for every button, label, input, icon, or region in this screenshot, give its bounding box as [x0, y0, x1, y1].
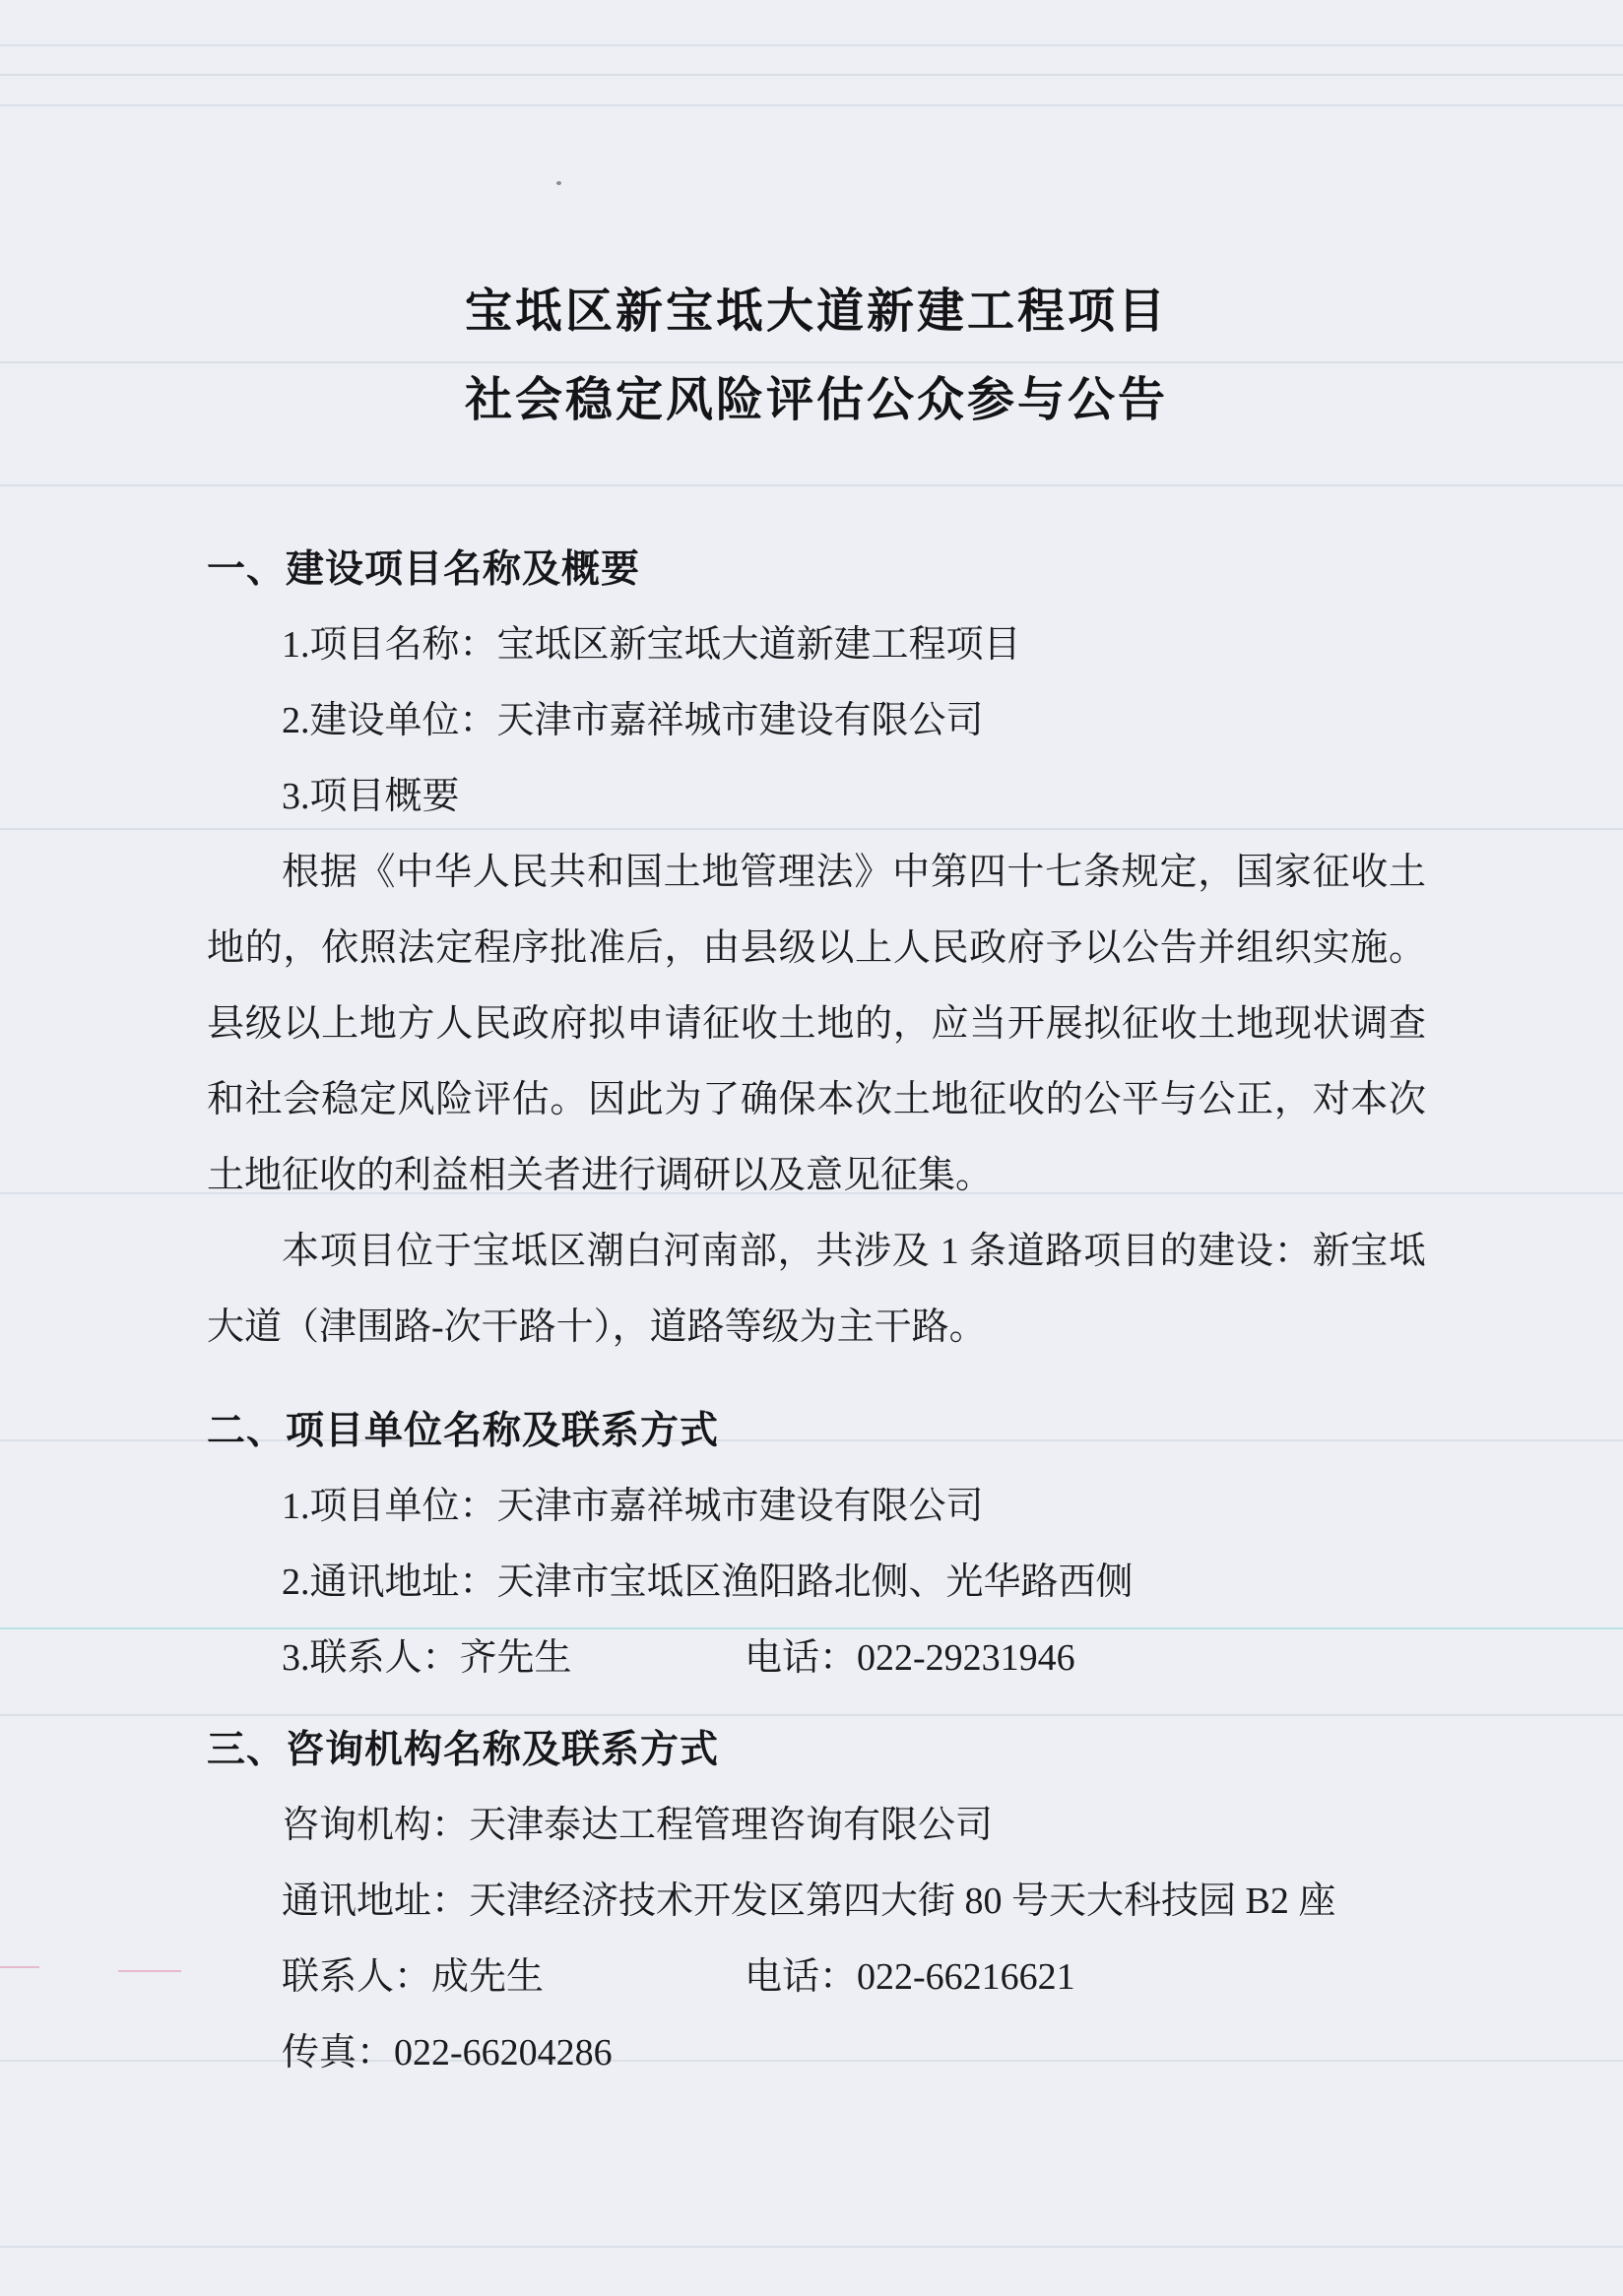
agency-contact-row: 联系人：成先生 电话：022-66216621 [207, 1940, 1426, 2015]
fax-item: 传真：022-66204286 [207, 2015, 1426, 2091]
agency-contact-phone: 电话：022-66216621 [745, 1940, 1075, 2015]
section-2-heading: 二、项目单位名称及联系方式 [207, 1393, 1426, 1469]
section-3-heading: 三、咨询机构名称及联系方式 [207, 1712, 1426, 1788]
agency-address-item: 通讯地址：天津经济技术开发区第四大街 80 号天大科技园 B2 座 [207, 1864, 1426, 1940]
announcement-document: 宝坻区新宝坻大道新建工程项目 社会稳定风险评估公众参与公告 一、建设项目名称及概… [0, 0, 1623, 2296]
contact-person: 3.联系人：齐先生 [282, 1621, 745, 1696]
project-summary-item: 3.项目概要 [207, 759, 1426, 835]
consulting-agency-item: 咨询机构：天津泰达工程管理咨询有限公司 [207, 1788, 1426, 1864]
project-location-paragraph: 本项目位于宝坻区潮白河南部，共涉及 1 条道路项目的建设：新宝坻大道（津围路-次… [207, 1214, 1426, 1366]
section-1-heading: 一、建设项目名称及概要 [207, 532, 1426, 607]
agency-contact-person: 联系人：成先生 [282, 1940, 745, 2015]
contact-phone: 电话：022-29231946 [745, 1621, 1075, 1696]
project-unit-item: 1.项目单位：天津市嘉祥城市建设有限公司 [207, 1469, 1426, 1545]
contact-row: 3.联系人：齐先生 电话：022-29231946 [207, 1621, 1426, 1696]
legal-basis-paragraph: 根据《中华人民共和国土地管理法》中第四十七条规定，国家征收土地的，依照法定程序批… [207, 835, 1426, 1214]
scanned-document-page: 宝坻区新宝坻大道新建工程项目 社会稳定风险评估公众参与公告 一、建设项目名称及概… [0, 0, 1623, 2296]
construction-unit-item: 2.建设单位：天津市嘉祥城市建设有限公司 [207, 683, 1426, 759]
document-title: 宝坻区新宝坻大道新建工程项目 社会稳定风险评估公众参与公告 [207, 0, 1426, 445]
project-name-item: 1.项目名称：宝坻区新宝坻大道新建工程项目 [207, 607, 1426, 683]
mailing-address-item: 2.通讯地址：天津市宝坻区渔阳路北侧、光华路西侧 [207, 1545, 1426, 1621]
title-line-2: 社会稳定风险评估公众参与公告 [207, 356, 1426, 445]
title-line-1: 宝坻区新宝坻大道新建工程项目 [207, 268, 1426, 356]
